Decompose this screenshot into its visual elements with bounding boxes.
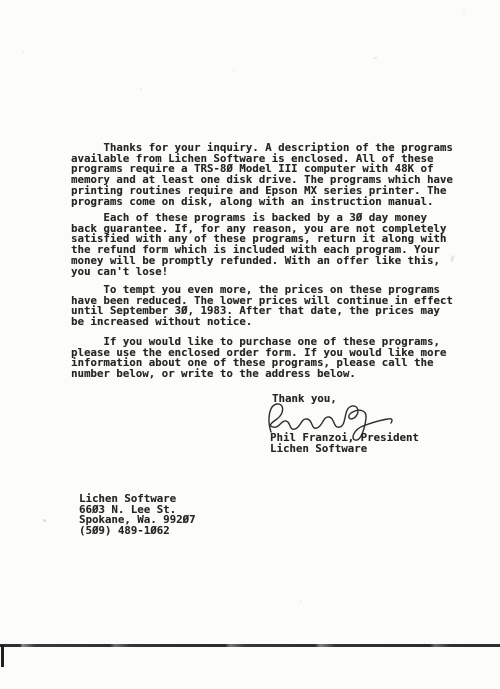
scan-edge-line	[0, 644, 500, 647]
scan-speck	[374, 57, 377, 59]
letter-paragraph-3: To tempt you even more, the prices on th…	[71, 285, 453, 328]
scan-speck	[463, 12, 465, 14]
scan-speck	[140, 88, 142, 90]
scan-speck	[233, 69, 235, 71]
signer-name-title: Phil Franzoi, President Lichen Software	[270, 433, 419, 454]
scanned-letter-page: Thanks for your inquiry. A description o…	[0, 0, 500, 689]
scan-speck	[300, 600, 302, 602]
scan-speck	[43, 519, 46, 522]
letter-paragraph-4: If you would like to purchase one of the…	[71, 337, 446, 380]
company-address-block: Lichen Software 66Ø3 N. Lee St. Spokane,…	[79, 494, 196, 537]
letter-paragraph-1: Thanks for your inquiry. A description o…	[71, 143, 453, 207]
scan-speck	[450, 255, 455, 263]
scan-edge-tick	[1, 645, 4, 667]
scan-speck	[22, 51, 24, 53]
letter-paragraph-2: Each of these programs is backed by a 3Ø…	[71, 213, 446, 277]
